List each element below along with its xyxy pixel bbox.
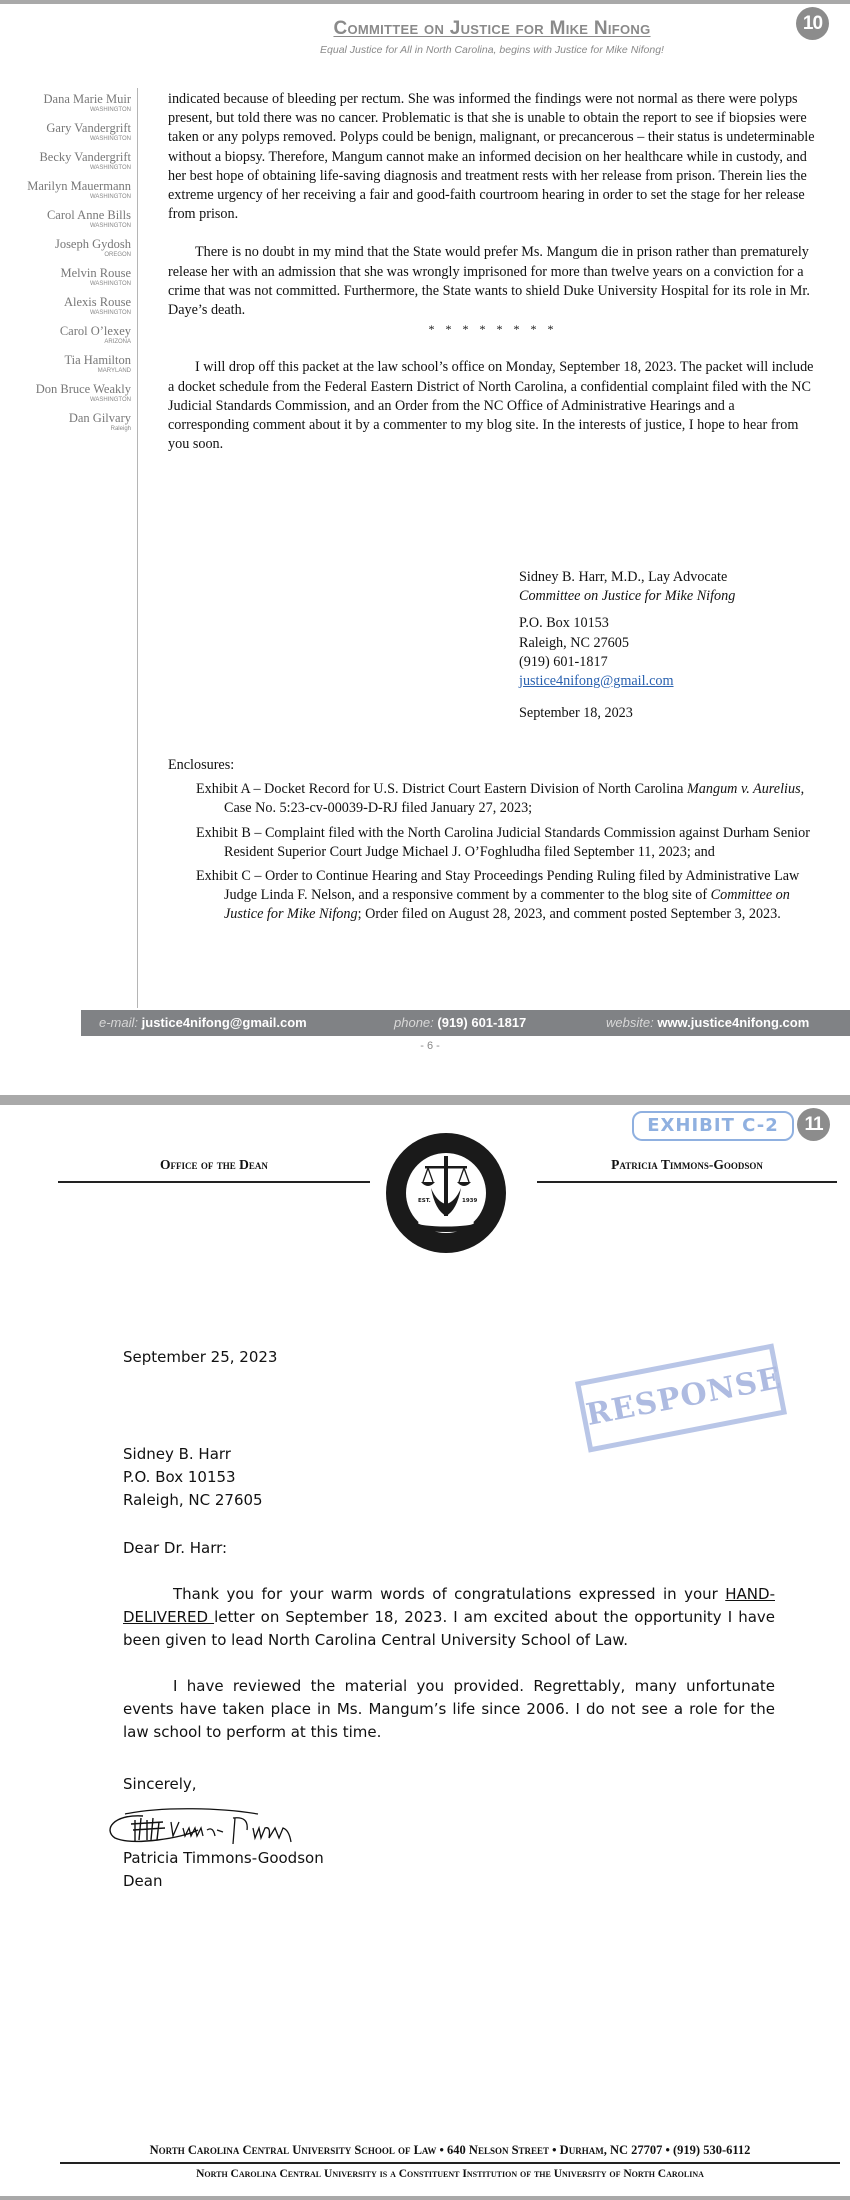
enclosure-exhibit-b: Exhibit B – Complaint filed with the Nor… [168,824,828,862]
closing: Sincerely, [123,1775,197,1793]
recipient-address: Sidney B. Harr P.O. Box 10153 Raleigh, N… [123,1443,263,1512]
page-separator [0,1095,850,1105]
letterhead-office: Office of the Dean [58,1157,370,1173]
enclosure-exhibit-c: Exhibit C – Order to Continue Hearing an… [168,867,828,925]
sender-address-line2: Raleigh, NC 27605 [519,634,735,653]
section-separator: * * * * * * * * [168,320,818,339]
svg-text:EST.: EST. [418,1198,431,1204]
committee-tagline: Equal Justice for All in North Carolina,… [272,44,712,56]
response-paragraph: I have reviewed the material you provide… [123,1675,775,1744]
response-body: Thank you for your warm words of congrat… [123,1583,775,1767]
member-entry: Joseph GydoshOREGON [0,237,131,259]
member-entry: Tia HamiltonMARYLAND [0,353,131,375]
footer-phone: phone: (919) 601-1817 [394,1010,526,1036]
top-border [0,0,850,4]
sender-address-line1: P.O. Box 10153 [519,614,735,633]
signer-block: Patricia Timmons-Goodson Dean [123,1847,324,1893]
member-entry: Don Bruce WeaklyWASHINGTON [0,382,131,404]
member-entry: Melvin RouseWASHINGTON [0,266,131,288]
salutation: Dear Dr. Harr: [123,1539,227,1557]
institution-footer: North Carolina Central University is a C… [60,2168,840,2180]
university-seal-icon: EST. 1939 [383,1130,509,1256]
letterhead-rule-left [58,1181,370,1183]
svg-text:1939: 1939 [462,1198,477,1204]
response-paragraph: Thank you for your warm words of congrat… [123,1583,775,1652]
signer-name: Patricia Timmons-Goodson [123,1847,324,1870]
enclosures-heading: Enclosures: [168,756,828,775]
footer-website: website: www.justice4nifong.com [606,1010,809,1036]
enclosures-section: Enclosures: Exhibit A – Docket Record fo… [168,756,828,925]
sender-org: Committee on Justice for Mike Nifong [519,587,735,606]
member-entry: Dana Marie MuirWASHINGTON [0,92,131,114]
exhibit-badge: EXHIBIT C-2 [632,1111,794,1141]
letterhead-dean-name: Patricia Timmons-Goodson [537,1157,837,1173]
sender-email-link[interactable]: justice4nifong@gmail.com [519,673,674,689]
signer-title: Dean [123,1870,324,1893]
body-paragraph: I will drop off this packet at the law s… [168,358,818,454]
recipient-address-line1: P.O. Box 10153 [123,1466,263,1489]
committee-title: Committee on Justice for Mike Nifong [272,18,712,40]
footer-email-value[interactable]: justice4nifong@gmail.com [142,1015,307,1030]
committee-member-list: Dana Marie MuirWASHINGTON Gary Vandergri… [0,92,131,440]
school-address-footer: North Carolina Central University School… [60,2143,840,2158]
page-number: - 6 - [410,1040,450,1052]
member-entry: Becky VandergriftWASHINGTON [0,150,131,172]
body-paragraph: indicated because of bleeding per rectum… [168,90,818,224]
member-entry: Alexis RouseWASHINGTON [0,295,131,317]
footer-email: e-mail: justice4nifong@gmail.com [99,1010,307,1036]
sidebar-divider [137,88,138,1008]
recipient-name: Sidney B. Harr [123,1443,263,1466]
member-entry: Dan GilvaryRaleigh [0,411,131,433]
response-stamp: RESPONSE [575,1343,787,1452]
footer-website-value[interactable]: www.justice4nifong.com [657,1015,809,1030]
letter-body: indicated because of bleeding per rectum… [168,90,818,454]
member-entry: Carol Anne BillsWASHINGTON [0,208,131,230]
member-entry: Carol O’lexeyARIZONA [0,324,131,346]
member-entry: Marilyn MauermannWASHINGTON [0,179,131,201]
letterhead-rule-right [537,1181,837,1183]
bottom-border [0,2196,850,2200]
enclosure-exhibit-a: Exhibit A – Docket Record for U.S. Distr… [168,780,828,818]
body-paragraph: There is no doubt in my mind that the St… [168,243,818,320]
contact-footer-bar: e-mail: justice4nifong@gmail.com phone: … [81,1010,850,1036]
recipient-address-line2: Raleigh, NC 27605 [123,1489,263,1512]
handwritten-signature-icon [103,1800,343,1850]
page-badge-10: 10 [796,7,829,40]
footer-rule [60,2162,840,2164]
sender-signature-block: Sidney B. Harr, M.D., Lay Advocate Commi… [519,568,735,723]
letter-date: September 18, 2023 [519,704,735,723]
sender-phone: (919) 601-1817 [519,653,735,672]
sender-name: Sidney B. Harr, M.D., Lay Advocate [519,568,735,587]
page-badge-11: 11 [797,1108,830,1141]
response-date: September 25, 2023 [123,1348,277,1366]
member-entry: Gary VandergriftWASHINGTON [0,121,131,143]
